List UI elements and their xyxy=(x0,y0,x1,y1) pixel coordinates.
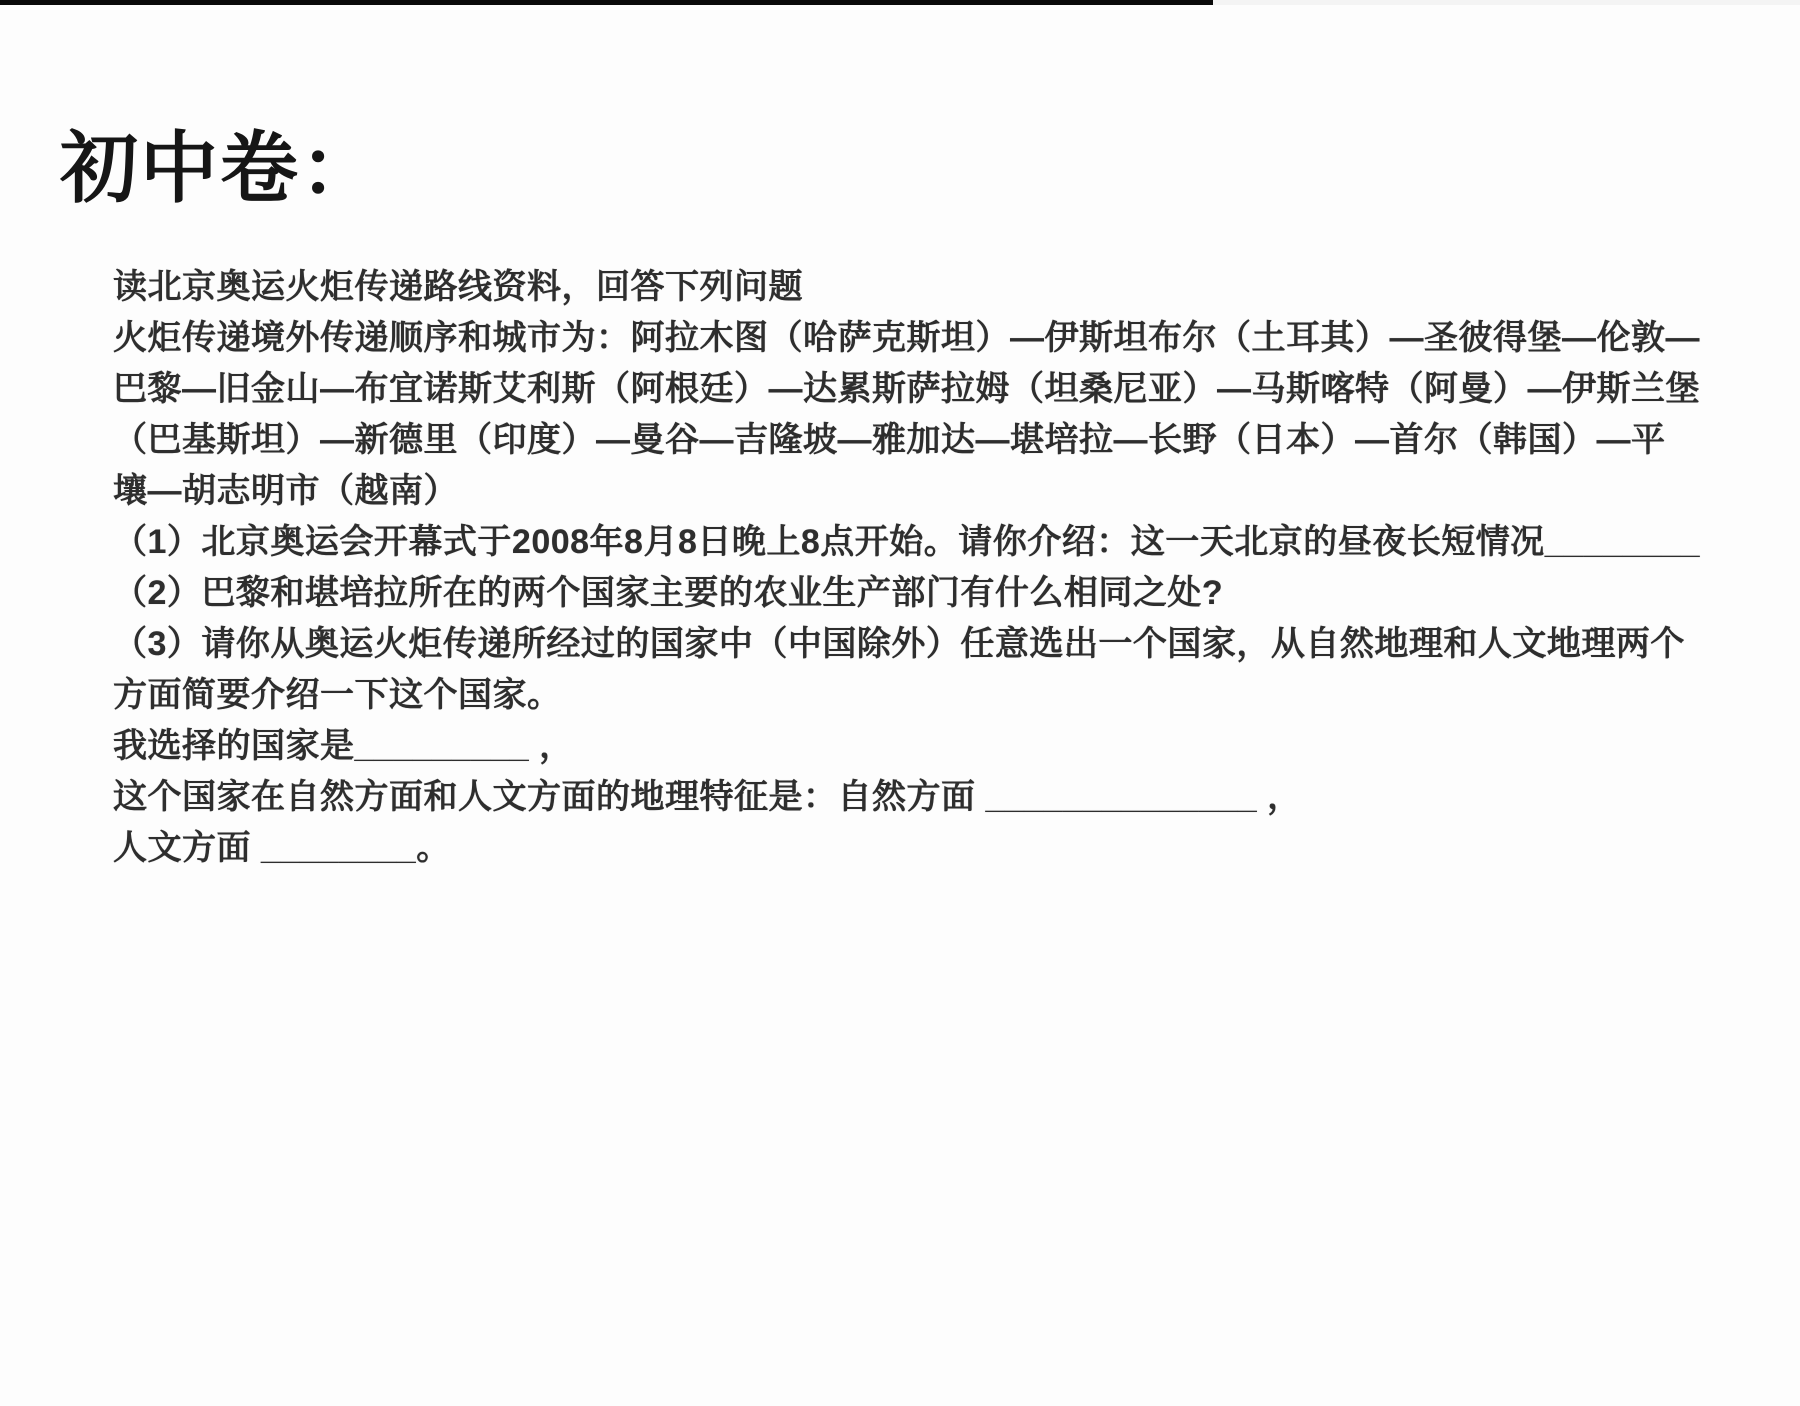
question-3-line-1: （3）请你从奥运火炬传递所经过的国家中（中国除外）任意选出一个国家，从自然地理和… xyxy=(113,619,1773,670)
page-title: 初中卷： xyxy=(60,114,380,222)
scan-artifact-bar-light xyxy=(1213,0,1800,5)
answer-blank-human-line: 人文方面 ________。 xyxy=(113,823,1773,874)
scan-artifact-bar xyxy=(0,0,1213,5)
paragraph-line-route-1: 火炬传递境外传递顺序和城市为：阿拉木图（哈萨克斯坦）—伊斯坦布尔（土耳其）—圣彼… xyxy=(113,313,1773,364)
question-block: 读北京奥运火炬传递路线资料，回答下列问题 火炬传递境外传递顺序和城市为：阿拉木图… xyxy=(113,262,1773,874)
answer-blank-natural-line: 这个国家在自然方面和人文方面的地理特征是：自然方面 ______________… xyxy=(113,772,1773,823)
exam-page: 初中卷： 读北京奥运火炬传递路线资料，回答下列问题 火炬传递境外传递顺序和城市为… xyxy=(0,0,1800,1406)
paragraph-line-route-2: 巴黎—旧金山—布宜诺斯艾利斯（阿根廷）—达累斯萨拉姆（坦桑尼亚）—马斯喀特（阿曼… xyxy=(113,364,1773,415)
question-3-line-2: 方面简要介绍一下这个国家。 xyxy=(113,670,1773,721)
question-1-line: （1）北京奥运会开幕式于2008年8月8日晚上8点开始。请你介绍：这一天北京的昼… xyxy=(113,517,1773,568)
paragraph-line-route-4: 壤—胡志明市（越南） xyxy=(113,466,1773,517)
paragraph-line-intro: 读北京奥运火炬传递路线资料，回答下列问题 xyxy=(113,262,1773,313)
question-2-line: （2）巴黎和堪培拉所在的两个国家主要的农业生产部门有什么相同之处? xyxy=(113,568,1773,619)
paragraph-line-route-3: （巴基斯坦）—新德里（印度）—曼谷—吉隆坡—雅加达—堪培拉—长野（日本）—首尔（… xyxy=(113,415,1773,466)
answer-blank-country-line: 我选择的国家是_________ ， xyxy=(113,721,1773,772)
